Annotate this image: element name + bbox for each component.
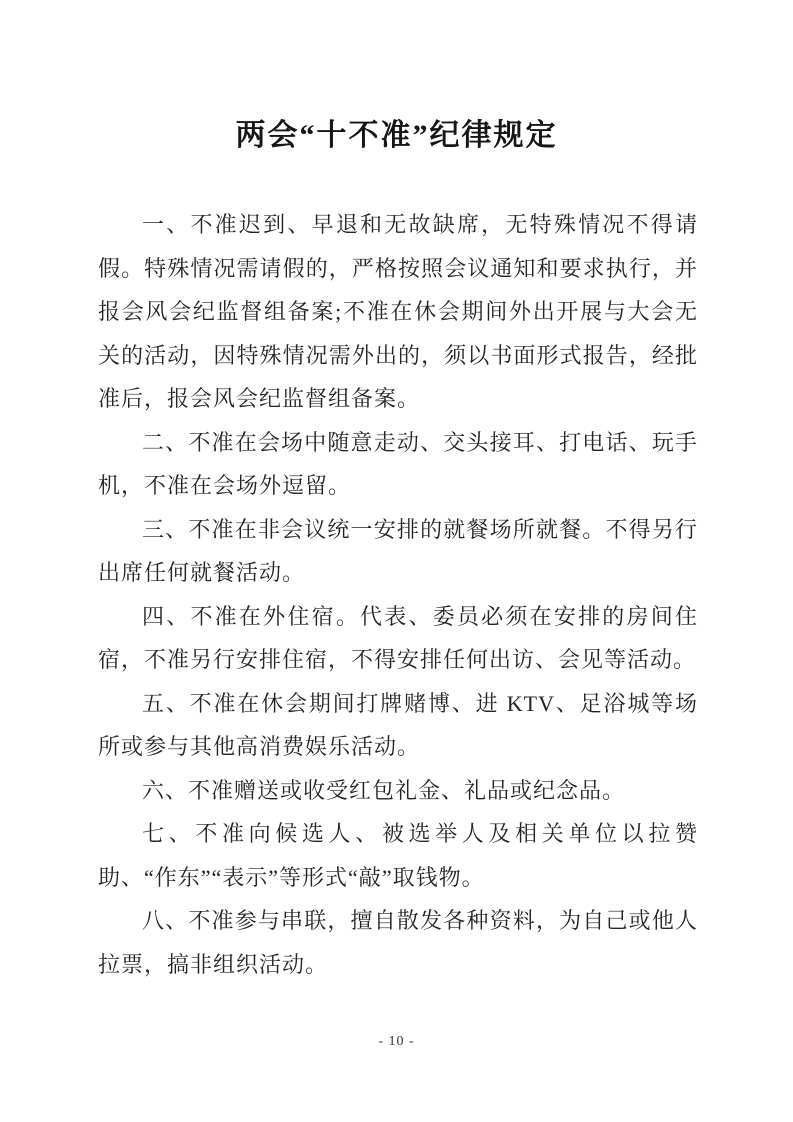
paragraph-3: 三、不准在非会议统一安排的就餐场所就餐。不得另行出席任何就餐活动。 xyxy=(98,508,698,595)
document-page: 两会“十不准”纪律规定 一、不准迟到、早退和无故缺席，无特殊情况不得请假。特殊情… xyxy=(0,0,793,1122)
paragraph-4: 四、不准在外住宿。代表、委员必须在安排的房间住宿，不准另行安排住宿，不得安排任何… xyxy=(98,595,698,682)
paragraph-8: 八、不准参与串联，擅自散发各种资料，为自己或他人拉票，搞非组织活动。 xyxy=(98,899,698,986)
paragraph-7: 七、不准向候选人、被选举人及相关单位以拉赞助、“作东”“表示”等形式“敲”取钱物… xyxy=(98,812,698,899)
paragraph-6: 六、不准赠送或收受红包礼金、礼品或纪念品。 xyxy=(98,769,698,813)
paragraph-1: 一、不准迟到、早退和无故缺席，无特殊情况不得请假。特殊情况需请假的，严格按照会议… xyxy=(98,203,698,421)
paragraph-5: 五、不准在休会期间打牌赌博、进 KTV、足浴城等场所或参与其他高消费娱乐活动。 xyxy=(98,682,698,769)
paragraph-2: 二、不准在会场中随意走动、交头接耳、打电话、玩手机，不准在会场外逗留。 xyxy=(98,421,698,508)
page-number: - 10 - xyxy=(0,1034,793,1050)
document-body: 一、不准迟到、早退和无故缺席，无特殊情况不得请假。特殊情况需请假的，严格按照会议… xyxy=(98,203,698,986)
document-title: 两会“十不准”纪律规定 xyxy=(0,110,793,154)
